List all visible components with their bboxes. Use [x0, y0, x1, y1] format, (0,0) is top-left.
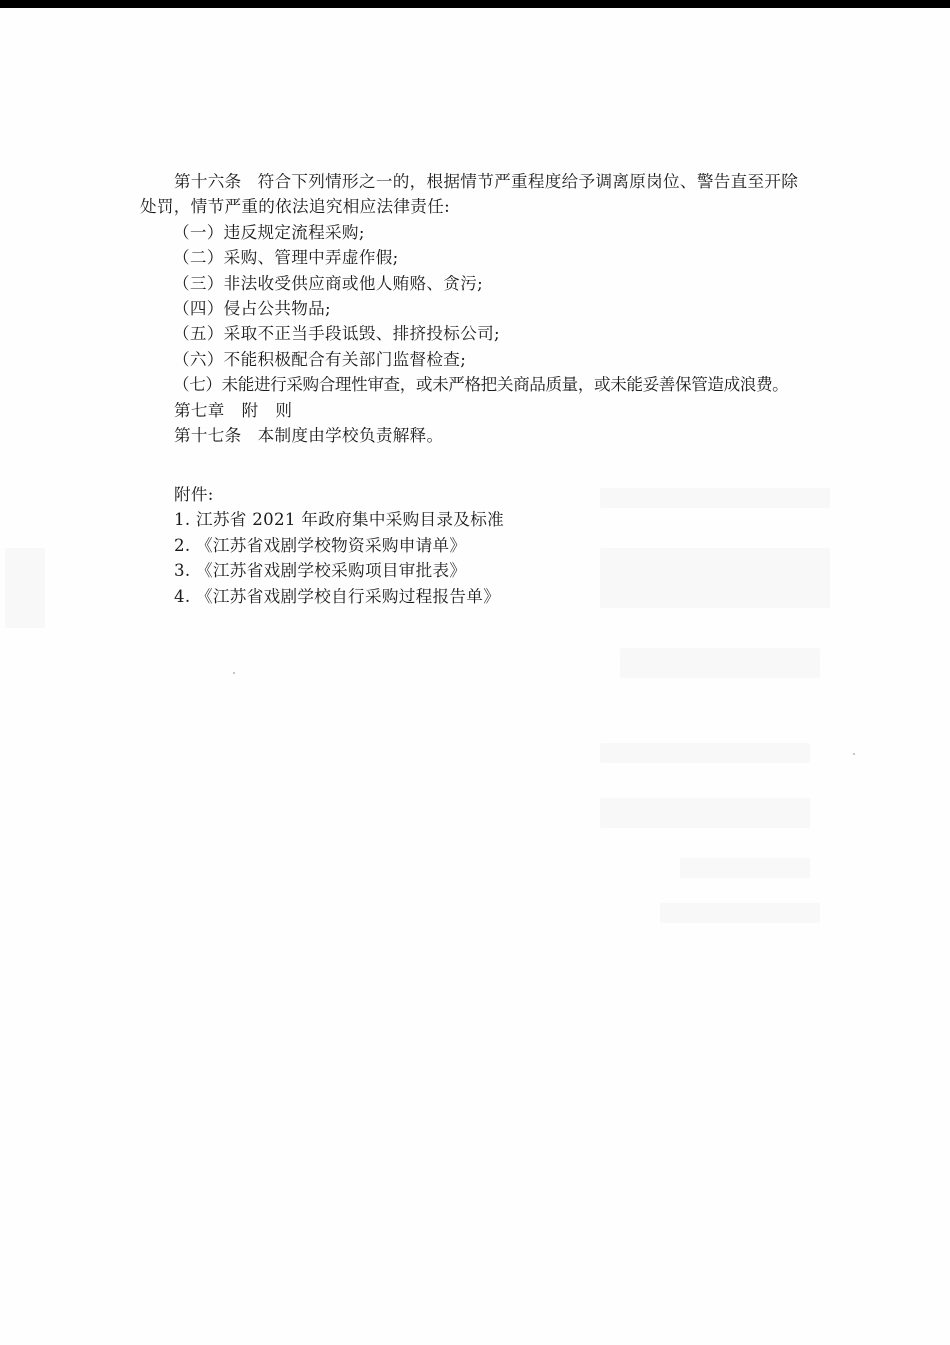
bleed-through-mark — [620, 648, 820, 678]
bleed-through-mark — [660, 903, 820, 923]
attachment-item: 2. 《江苏省戏剧学校物资采购申请单》 — [174, 533, 504, 558]
attachment-item: 4. 《江苏省戏剧学校自行采购过程报告单》 — [174, 584, 504, 609]
article-16-item: （二）采购、管理中弄虚作假; — [140, 245, 840, 270]
article-16-item: （六）不能积极配合有关部门监督检查; — [140, 347, 840, 372]
article-16-section: 第十六条符合下列情形之一的，根据情节严重程度给予调离原岗位、警告直至开除 处罚，… — [140, 169, 840, 448]
article-17-text: 本制度由学校负责解释。 — [258, 426, 444, 445]
article-16-item: （三）非法收受供应商或他人贿赂、贪污; — [140, 271, 840, 296]
scan-top-border — [0, 0, 950, 8]
scan-speck — [853, 753, 855, 755]
article-16-item: （四）侵占公共物品; — [140, 296, 840, 321]
article-16-line-2: 处罚，情节严重的依法追究相应法律责任: — [140, 194, 840, 219]
bleed-through-mark — [600, 488, 830, 508]
article-16-intro: 符合下列情形之一的，根据情节严重程度给予调离原岗位、警告直至开除 — [258, 172, 799, 191]
article-16-heading: 第十六条 — [174, 172, 242, 191]
document-page: 第十六条符合下列情形之一的，根据情节严重程度给予调离原岗位、警告直至开除 处罚，… — [0, 8, 950, 1345]
attachment-item: 1. 江苏省 2021 年政府集中采购目录及标准 — [174, 507, 504, 532]
attachments-label: 附件: — [174, 482, 504, 507]
bleed-through-mark — [600, 548, 830, 608]
article-17-line: 第十七条本制度由学校负责解释。 — [140, 423, 840, 448]
bleed-through-mark — [5, 548, 45, 628]
bleed-through-mark — [600, 798, 810, 828]
attachment-item: 3. 《江苏省戏剧学校采购项目审批表》 — [174, 558, 504, 583]
article-16-line-1: 第十六条符合下列情形之一的，根据情节严重程度给予调离原岗位、警告直至开除 — [140, 169, 840, 194]
attachments-section: 附件: 1. 江苏省 2021 年政府集中采购目录及标准 2. 《江苏省戏剧学校… — [174, 482, 504, 609]
article-16-item: （七）未能进行采购合理性审查，或未严格把关商品质量，或未能妥善保管造成浪费。 — [140, 372, 840, 397]
bleed-through-mark — [680, 858, 810, 878]
article-17-heading: 第十七条 — [174, 426, 242, 445]
article-16-item: （一）违反规定流程采购; — [140, 220, 840, 245]
scan-speck — [233, 672, 235, 674]
chapter-7-title: 第七章 附 则 — [140, 398, 840, 423]
bleed-through-mark — [600, 743, 810, 763]
article-16-item: （五）采取不正当手段诋毁、排挤投标公司; — [140, 321, 840, 346]
